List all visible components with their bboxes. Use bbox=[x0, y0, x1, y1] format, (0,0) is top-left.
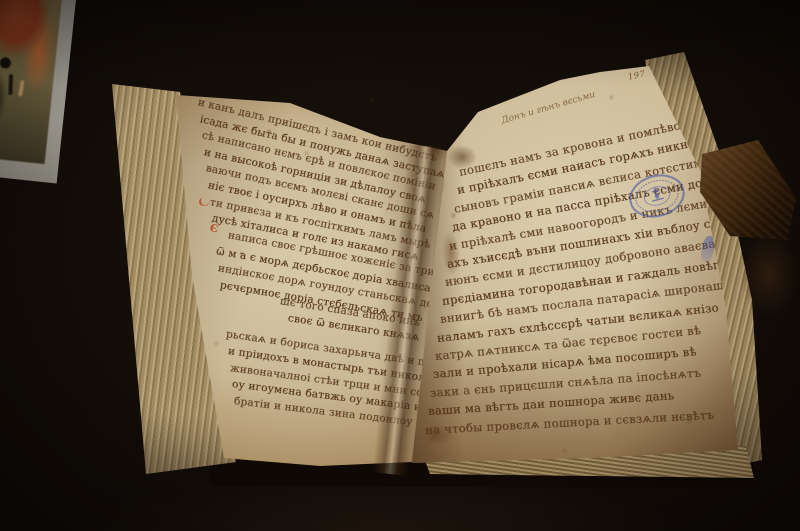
ink-stain bbox=[382, 105, 435, 144]
museum-photo-manuscript-book: Є и канъ далъ приішєдъ і замъ кои нибудє… bbox=[0, 0, 800, 531]
illuminated-card bbox=[0, 0, 79, 183]
miniature-figure bbox=[18, 80, 24, 96]
leather-clasp-shadow bbox=[740, 232, 798, 318]
miniature-figure bbox=[0, 57, 12, 69]
miniature-painting bbox=[0, 0, 64, 164]
parchment-speckles bbox=[0, 0, 3, 3]
miniature-figure bbox=[8, 74, 13, 95]
pencil-note bbox=[232, 82, 259, 96]
